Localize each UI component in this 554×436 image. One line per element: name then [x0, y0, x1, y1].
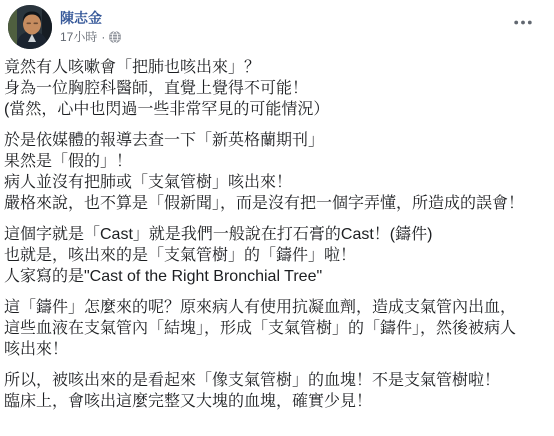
post-header: 陳志金 17小時 ·	[8, 5, 546, 49]
post-body: 竟然有人咳嗽會「把肺也咳出來」？ 身為一位胸腔科醫師，直覺上覺得不可能！ (當然…	[4, 57, 525, 422]
profile-photo-icon	[8, 5, 52, 49]
post-paragraph: 這個字就是「Cast」就是我們一般說在打石膏的Cast！(鑄件) 也就是，咳出來…	[4, 224, 525, 287]
post-paragraph: 於是依媒體的報導去查一下「新英格蘭期刊」 果然是「假的」！ 病人並沒有把肺或「支…	[4, 130, 525, 214]
globe-icon	[109, 31, 121, 43]
timestamp-link[interactable]: 17小時	[60, 30, 97, 44]
author-link[interactable]: 陳志金	[60, 9, 102, 27]
header-meta: 陳志金 17小時 ·	[60, 5, 121, 44]
post-options-button[interactable]	[510, 13, 536, 31]
meta-separator: ·	[101, 30, 105, 44]
avatar[interactable]	[8, 5, 52, 49]
post-paragraph: 所以，被咳出來的是看起來「像支氣管樹」的血塊！不是支氣管樹啦！ 臨床上，會咳出這…	[4, 370, 525, 412]
post-meta-row: 17小時 ·	[60, 30, 121, 44]
facebook-post: 陳志金 17小時 ·	[0, 0, 554, 436]
post-paragraph: 這「鑄件」怎麼來的呢？原來病人有使用抗凝血劑，造成支氣管內出血，這些血液在支氣管…	[4, 297, 525, 360]
post-paragraph: 竟然有人咳嗽會「把肺也咳出來」？ 身為一位胸腔科醫師，直覺上覺得不可能！ (當然…	[4, 57, 525, 120]
ellipsis-icon	[514, 20, 532, 25]
